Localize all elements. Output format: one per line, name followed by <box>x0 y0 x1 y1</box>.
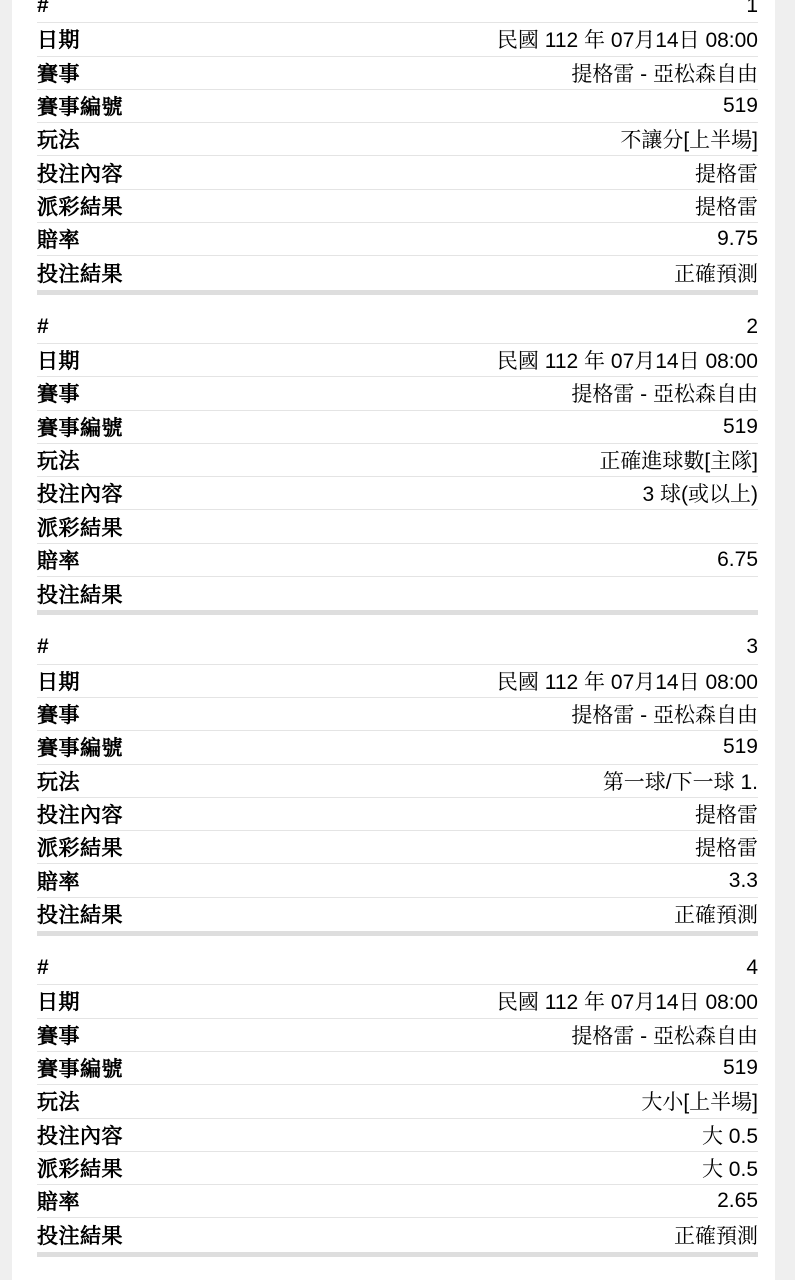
record-row-index: # 1 <box>37 0 758 23</box>
row-value: 提格雷 - 亞松森自由 <box>571 58 758 88</box>
record-rows: # 4 日期 民國 112 年 07月14日 08:00 賽事 提格雷 - 亞松… <box>37 952 758 1252</box>
row-label: 賽事 <box>37 1020 80 1050</box>
record-row-bet_content: 投注內容 大 0.5 <box>37 1119 758 1152</box>
row-value: 民國 112 年 07月14日 08:00 <box>497 24 758 54</box>
record-row-date: 日期 民國 112 年 07月14日 08:00 <box>37 665 758 698</box>
row-value: 民國 112 年 07月14日 08:00 <box>497 986 758 1016</box>
record-row-payout_result: 派彩結果 提格雷 <box>37 190 758 223</box>
row-value: 4 <box>746 956 758 980</box>
row-value: 519 <box>723 1056 758 1080</box>
record-divider <box>37 290 758 295</box>
record-row-play_type: 玩法 大小[上半場] <box>37 1085 758 1118</box>
row-value: 民國 112 年 07月14日 08:00 <box>497 666 758 696</box>
row-value: 提格雷 - 亞松森自由 <box>571 378 758 408</box>
record-row-index: # 4 <box>37 952 758 985</box>
row-label: 賠率 <box>37 224 80 254</box>
row-label: 日期 <box>37 345 80 375</box>
row-value: 正確預測 <box>674 1220 758 1250</box>
record-divider <box>37 931 758 936</box>
row-label: # <box>37 956 49 980</box>
row-label: 日期 <box>37 986 80 1016</box>
record-row-bet_content: 投注內容 提格雷 <box>37 798 758 831</box>
record-row-play_type: 玩法 不讓分[上半場] <box>37 123 758 156</box>
record-row-odds: 賠率 3.3 <box>37 864 758 897</box>
row-label: 賠率 <box>37 1186 80 1216</box>
record-row-event_id: 賽事編號 519 <box>37 731 758 764</box>
bet-record: # 3 日期 民國 112 年 07月14日 08:00 賽事 提格雷 - 亞松… <box>37 631 758 936</box>
row-label: 日期 <box>37 666 80 696</box>
row-label: 賽事 <box>37 699 80 729</box>
record-row-event_id: 賽事編號 519 <box>37 411 758 444</box>
record-row-play_type: 玩法 第一球/下一球 1. <box>37 765 758 798</box>
record-row-payout_result: 派彩結果 <box>37 510 758 543</box>
record-row-payout_result: 派彩結果 大 0.5 <box>37 1152 758 1185</box>
record-row-event: 賽事 提格雷 - 亞松森自由 <box>37 698 758 731</box>
record-row-play_type: 玩法 正確進球數[主隊] <box>37 444 758 477</box>
row-label: # <box>37 315 49 339</box>
bet-record: # 1 日期 民國 112 年 07月14日 08:00 賽事 提格雷 - 亞松… <box>37 0 758 295</box>
row-value: 民國 112 年 07月14日 08:00 <box>497 345 758 375</box>
row-value: 3.3 <box>729 869 758 893</box>
row-label: 投注內容 <box>37 478 123 508</box>
row-value: 1 <box>746 0 758 18</box>
row-label: 賽事 <box>37 378 80 408</box>
record-row-odds: 賠率 2.65 <box>37 1185 758 1218</box>
row-label: 玩法 <box>37 124 80 154</box>
record-row-index: # 2 <box>37 311 758 344</box>
row-value: 提格雷 <box>695 799 758 829</box>
row-value: 提格雷 <box>695 832 758 862</box>
record-row-event: 賽事 提格雷 - 亞松森自由 <box>37 377 758 410</box>
record-row-bet_result: 投注結果 正確預測 <box>37 1218 758 1251</box>
record-row-odds: 賠率 6.75 <box>37 544 758 577</box>
row-label: 日期 <box>37 24 80 54</box>
row-label: # <box>37 0 49 18</box>
record-row-odds: 賠率 9.75 <box>37 223 758 256</box>
row-value: 3 球(或以上) <box>643 478 759 508</box>
records-list: # 1 日期 民國 112 年 07月14日 08:00 賽事 提格雷 - 亞松… <box>37 0 758 1257</box>
row-value: 9.75 <box>717 227 758 251</box>
row-value: 正確進球數[主隊] <box>599 445 758 475</box>
record-divider <box>37 1252 758 1257</box>
row-value: 大小[上半場] <box>641 1086 758 1116</box>
row-label: 賽事編號 <box>37 732 123 762</box>
row-value: 第一球/下一球 1. <box>603 766 758 796</box>
row-label: 賽事 <box>37 58 80 88</box>
bet-history-panel: # 1 日期 民國 112 年 07月14日 08:00 賽事 提格雷 - 亞松… <box>12 0 775 1280</box>
row-label: 賠率 <box>37 866 80 896</box>
row-label: 玩法 <box>37 766 80 796</box>
bet-record: # 2 日期 民國 112 年 07月14日 08:00 賽事 提格雷 - 亞松… <box>37 311 758 616</box>
record-rows: # 3 日期 民國 112 年 07月14日 08:00 賽事 提格雷 - 亞松… <box>37 631 758 931</box>
record-row-date: 日期 民國 112 年 07月14日 08:00 <box>37 23 758 56</box>
row-value: 519 <box>723 94 758 118</box>
record-row-bet_result: 投注結果 <box>37 577 758 610</box>
row-label: 派彩結果 <box>37 832 123 862</box>
row-label: 投注結果 <box>37 1220 123 1250</box>
record-row-event_id: 賽事編號 519 <box>37 90 758 123</box>
row-value: 3 <box>746 635 758 659</box>
record-row-event_id: 賽事編號 519 <box>37 1052 758 1085</box>
record-row-bet_content: 投注內容 提格雷 <box>37 156 758 189</box>
row-label: 賽事編號 <box>37 1053 123 1083</box>
row-value: 不讓分[上半場] <box>620 124 758 154</box>
row-label: 派彩結果 <box>37 191 123 221</box>
row-label: # <box>37 635 49 659</box>
row-label: 投注內容 <box>37 799 123 829</box>
row-label: 投注結果 <box>37 899 123 929</box>
row-label: 投注內容 <box>37 158 123 188</box>
row-label: 賽事編號 <box>37 412 123 442</box>
row-value: 提格雷 - 亞松森自由 <box>571 699 758 729</box>
row-label: 派彩結果 <box>37 512 123 542</box>
record-rows: # 1 日期 民國 112 年 07月14日 08:00 賽事 提格雷 - 亞松… <box>37 0 758 290</box>
row-value: 正確預測 <box>674 899 758 929</box>
row-label: 玩法 <box>37 445 80 475</box>
row-label: 投注內容 <box>37 1120 123 1150</box>
row-value: 519 <box>723 735 758 759</box>
row-value: 提格雷 - 亞松森自由 <box>571 1020 758 1050</box>
row-value: 2.65 <box>717 1189 758 1213</box>
row-value: 2 <box>746 315 758 339</box>
row-value: 大 0.5 <box>702 1153 758 1183</box>
row-label: 賠率 <box>37 545 80 575</box>
row-value: 519 <box>723 415 758 439</box>
record-row-event: 賽事 提格雷 - 亞松森自由 <box>37 1019 758 1052</box>
row-value: 6.75 <box>717 548 758 572</box>
row-label: 投注結果 <box>37 258 123 288</box>
record-rows: # 2 日期 民國 112 年 07月14日 08:00 賽事 提格雷 - 亞松… <box>37 311 758 611</box>
row-label: 派彩結果 <box>37 1153 123 1183</box>
record-row-event: 賽事 提格雷 - 亞松森自由 <box>37 57 758 90</box>
record-row-date: 日期 民國 112 年 07月14日 08:00 <box>37 344 758 377</box>
record-row-date: 日期 民國 112 年 07月14日 08:00 <box>37 985 758 1018</box>
row-value: 正確預測 <box>674 258 758 288</box>
record-row-index: # 3 <box>37 631 758 664</box>
record-row-bet_result: 投注結果 正確預測 <box>37 256 758 289</box>
page-viewport: # 1 日期 民國 112 年 07月14日 08:00 賽事 提格雷 - 亞松… <box>0 0 795 1280</box>
record-row-bet_result: 投注結果 正確預測 <box>37 898 758 931</box>
row-value: 大 0.5 <box>702 1120 758 1150</box>
record-divider <box>37 610 758 615</box>
row-value: 提格雷 <box>695 191 758 221</box>
record-row-bet_content: 投注內容 3 球(或以上) <box>37 477 758 510</box>
row-label: 賽事編號 <box>37 91 123 121</box>
row-label: 玩法 <box>37 1086 80 1116</box>
row-label: 投注結果 <box>37 579 123 609</box>
row-value: 提格雷 <box>695 158 758 188</box>
bet-record: # 4 日期 民國 112 年 07月14日 08:00 賽事 提格雷 - 亞松… <box>37 952 758 1257</box>
record-row-payout_result: 派彩結果 提格雷 <box>37 831 758 864</box>
